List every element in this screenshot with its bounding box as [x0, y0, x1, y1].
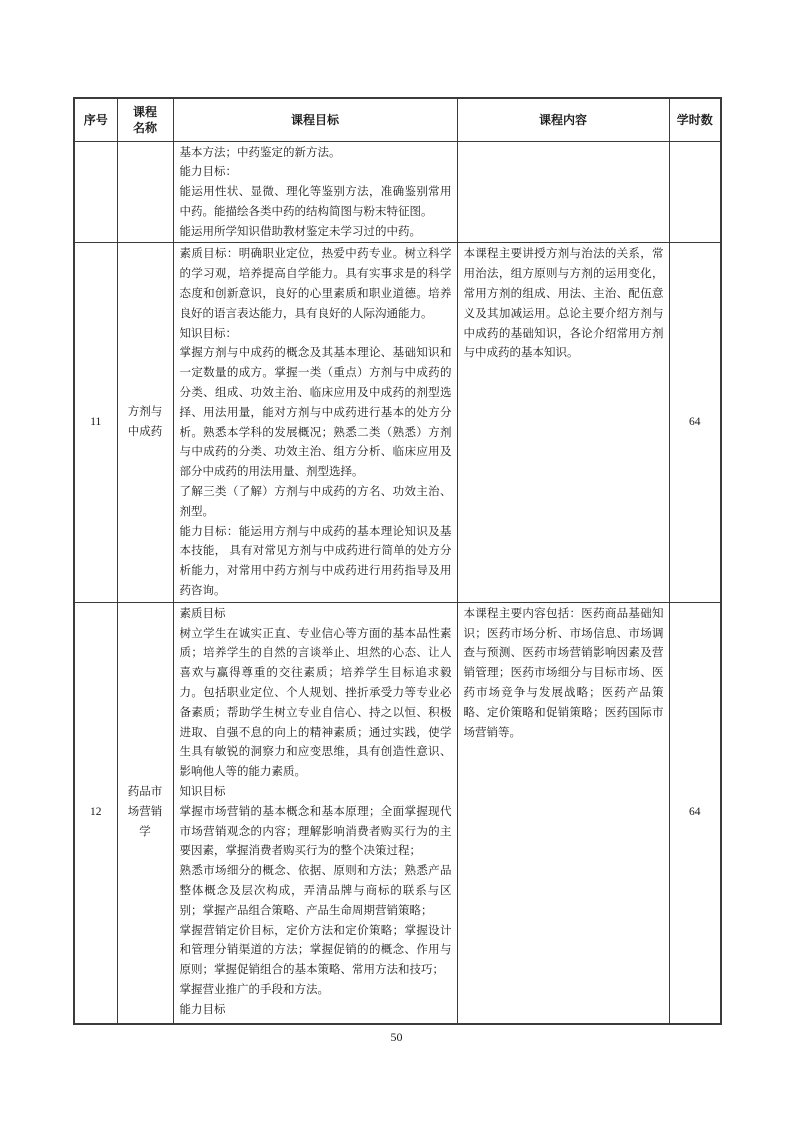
hours-cell: 64 [669, 602, 721, 1024]
course-table: 序号 课程 名称 课程目标 课程内容 学时数 基本方法；中药鉴定的新方法。能力目… [73, 97, 722, 1025]
table-row: 基本方法；中药鉴定的新方法。能力目标：能运用性状、显微、理化等鉴别方法，准确鉴别… [74, 141, 721, 243]
seq-cell: 12 [74, 602, 117, 1024]
page-number: 50 [0, 1030, 793, 1045]
header-cell-content: 课程内容 [457, 98, 669, 141]
content-cell [457, 141, 669, 243]
table-header-row: 序号 课程 名称 课程目标 课程内容 学时数 [74, 98, 721, 141]
header-cell-seq: 序号 [74, 98, 117, 141]
header-cell-course-name: 课程 名称 [117, 98, 173, 141]
document-page: 序号 课程 名称 课程目标 课程内容 学时数 基本方法；中药鉴定的新方法。能力目… [0, 0, 793, 1122]
objectives-cell: 素质目标：明确职业定位，热爱中药专业。树立科学的学习观，培养提高自学能力。具有实… [173, 243, 457, 602]
header-cell-hours: 学时数 [669, 98, 721, 141]
seq-cell [74, 141, 117, 243]
table-row: 11 方剂与中成药 素质目标：明确职业定位，热爱中药专业。树立科学的学习观，培养… [74, 243, 721, 602]
objectives-cell: 基本方法；中药鉴定的新方法。能力目标：能运用性状、显微、理化等鉴别方法，准确鉴别… [173, 141, 457, 243]
course-name-cell [117, 141, 173, 243]
hours-cell [669, 141, 721, 243]
course-name-cell: 药品市场营销学 [117, 602, 173, 1024]
course-name-cell: 方剂与中成药 [117, 243, 173, 602]
objectives-cell: 素质目标树立学生在诚实正直、专业信心等方面的基本品性素质；培养学生的自然的言谈举… [173, 602, 457, 1024]
content-cell: 本课程主要讲授方剂与治法的关系，常用治法，组方原则与方剂的运用变化，常用方剂的组… [457, 243, 669, 602]
hours-cell: 64 [669, 243, 721, 602]
seq-cell: 11 [74, 243, 117, 602]
content-cell: 本课程主要内容包括：医药商品基础知识；医药市场分析、市场信息、市场调查与预测、医… [457, 602, 669, 1024]
header-cell-objectives: 课程目标 [173, 98, 457, 141]
table-row: 12 药品市场营销学 素质目标树立学生在诚实正直、专业信心等方面的基本品性素质；… [74, 602, 721, 1024]
